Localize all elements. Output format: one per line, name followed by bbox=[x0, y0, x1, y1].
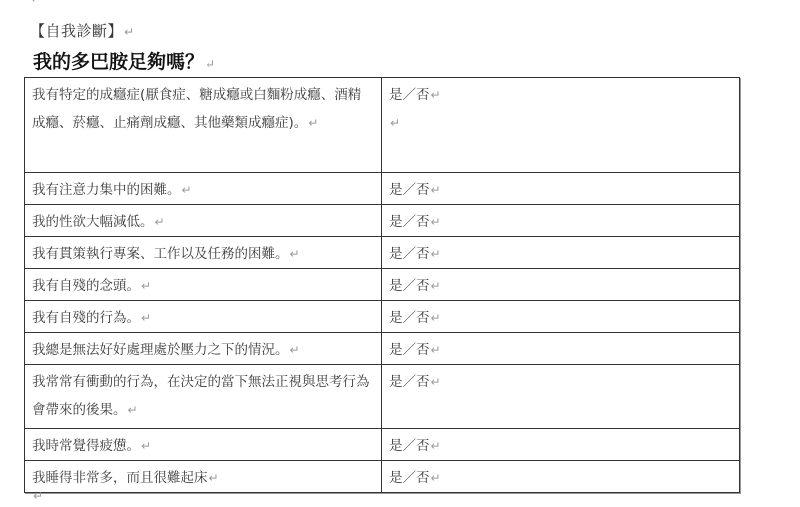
section-label: 【自我診斷】↵ bbox=[30, 20, 135, 41]
question-cell[interactable]: 我睡得非常多，而且很難起床↵ bbox=[25, 461, 382, 493]
title-text: 我的多巴胺足夠嗎？ bbox=[33, 51, 204, 73]
answer-text: 是／否 bbox=[389, 470, 430, 486]
paragraph-mark: ↵ bbox=[205, 57, 215, 71]
question-text: 我有注意力集中的困難。 bbox=[32, 182, 181, 198]
paragraph-mark: ↵ bbox=[290, 343, 300, 357]
answer-text: 是／否 bbox=[389, 310, 430, 326]
paragraph-mark: ↵ bbox=[431, 183, 441, 197]
question-text: 我有自殘的行為。 bbox=[32, 310, 140, 326]
section-label-text: 【自我診斷】 bbox=[30, 22, 123, 40]
table-row: 我有貫策執行專案、工作以及任務的困難。↵ 是／否↵ bbox=[25, 237, 740, 269]
paragraph-mark: ↵ bbox=[290, 247, 300, 261]
question-cell[interactable]: 我有特定的成癮症(厭食症、糖成癮或白麵粉成癮、酒精成癮、菸癮、止痛劑成癮、其他藥… bbox=[25, 78, 382, 173]
paragraph-mark: ↵ bbox=[209, 471, 219, 485]
paragraph-mark: ↵ bbox=[431, 471, 441, 485]
paragraph-mark: ↵ bbox=[431, 375, 441, 389]
answer-cell[interactable]: 是／否↵ bbox=[382, 365, 740, 429]
answer-cell[interactable]: 是／否↵ bbox=[382, 237, 740, 269]
paragraph-mark: ↵ bbox=[431, 247, 441, 261]
paragraph-mark: ↵ bbox=[431, 215, 441, 229]
paragraph-mark: ↵ bbox=[308, 116, 318, 130]
answer-text: 是／否 bbox=[389, 87, 430, 103]
self-check-table: 我有特定的成癮症(厭食症、糖成癮或白麵粉成癮、酒精成癮、菸癮、止痛劑成癮、其他藥… bbox=[24, 77, 740, 493]
answer-cell[interactable]: 是／否↵ bbox=[382, 173, 740, 205]
question-cell[interactable]: 我時常覺得疲憊。↵ bbox=[25, 429, 382, 461]
paragraph-mark: ↵ bbox=[431, 311, 441, 325]
question-cell[interactable]: 我總是無法好好處理處於壓力之下的情況。↵ bbox=[25, 333, 382, 365]
paragraph-mark: ↵ bbox=[431, 88, 441, 102]
question-text: 我有貫策執行專案、工作以及任務的困難。 bbox=[32, 246, 289, 262]
answer-cell[interactable]: 是／否↵↵ bbox=[382, 78, 740, 173]
paragraph-mark: ↵ bbox=[390, 116, 400, 130]
question-cell[interactable]: 我的性欲大幅減低。↵ bbox=[25, 205, 382, 237]
answer-cell[interactable]: 是／否↵ bbox=[382, 301, 740, 333]
question-cell[interactable]: 我有自殘的行為。↵ bbox=[25, 301, 382, 333]
question-text: 我常常有衝動的行為，在決定的當下無法正視與思考行為會帶來的後果。 bbox=[32, 374, 370, 418]
paragraph-mark: ↵ bbox=[141, 439, 151, 453]
paragraph-mark: ↵ bbox=[141, 279, 151, 293]
answer-cell[interactable]: 是／否↵ bbox=[382, 429, 740, 461]
table-row: 我總是無法好好處理處於壓力之下的情況。↵ 是／否↵ bbox=[25, 333, 740, 365]
answer-cell[interactable]: 是／否↵ bbox=[382, 461, 740, 493]
question-text: 我時常覺得疲憊。 bbox=[32, 438, 140, 454]
question-text: 我有自殘的念頭。 bbox=[32, 278, 140, 294]
question-cell[interactable]: 我常常有衝動的行為，在決定的當下無法正視與思考行為會帶來的後果。↵ bbox=[25, 365, 382, 429]
answer-text: 是／否 bbox=[389, 438, 430, 454]
paragraph-mark: ↵ bbox=[182, 183, 192, 197]
paragraph-mark: ↵ bbox=[431, 439, 441, 453]
answer-text: 是／否 bbox=[389, 214, 430, 230]
question-text: 我睡得非常多，而且很難起床 bbox=[32, 470, 208, 486]
paragraph-mark: ↵ bbox=[155, 215, 165, 229]
table-row: 我有自殘的念頭。↵ 是／否↵ bbox=[25, 269, 740, 301]
answer-text: 是／否 bbox=[389, 246, 430, 262]
paragraph-mark: ↵ bbox=[431, 279, 441, 293]
table-row: 我時常覺得疲憊。↵ 是／否↵ bbox=[25, 429, 740, 461]
answer-text: 是／否 bbox=[389, 182, 430, 198]
table-row: 我有自殘的行為。↵ 是／否↵ bbox=[25, 301, 740, 333]
table-row: 我有特定的成癮症(厭食症、糖成癮或白麵粉成癮、酒精成癮、菸癮、止痛劑成癮、其他藥… bbox=[25, 78, 740, 173]
answer-cell[interactable]: 是／否↵ bbox=[382, 205, 740, 237]
paragraph-mark: ↵ bbox=[124, 25, 135, 39]
paragraph-mark: ↵ bbox=[31, 0, 41, 6]
answer-text: 是／否 bbox=[389, 278, 430, 294]
answer-cell[interactable]: 是／否↵ bbox=[382, 269, 740, 301]
question-text: 我總是無法好好處理處於壓力之下的情況。 bbox=[32, 342, 289, 358]
page-title: 我的多巴胺足夠嗎？↵ bbox=[33, 47, 215, 74]
question-text: 我的性欲大幅減低。 bbox=[32, 214, 154, 230]
question-cell[interactable]: 我有自殘的念頭。↵ bbox=[25, 269, 382, 301]
question-cell[interactable]: 我有注意力集中的困難。↵ bbox=[25, 173, 382, 205]
answer-cell[interactable]: 是／否↵ bbox=[382, 333, 740, 365]
question-cell[interactable]: 我有貫策執行專案、工作以及任務的困難。↵ bbox=[25, 237, 382, 269]
paragraph-mark: ↵ bbox=[141, 311, 151, 325]
answer-text: 是／否 bbox=[389, 374, 430, 390]
table-row: 我睡得非常多，而且很難起床↵ 是／否↵ bbox=[25, 461, 740, 493]
table-row: 我的性欲大幅減低。↵ 是／否↵ bbox=[25, 205, 740, 237]
paragraph-mark: ↵ bbox=[128, 403, 138, 417]
answer-text: 是／否 bbox=[389, 342, 430, 358]
table-row: 我有注意力集中的困難。↵ 是／否↵ bbox=[25, 173, 740, 205]
paragraph-mark: ↵ bbox=[431, 343, 441, 357]
paragraph-mark: ↵ bbox=[33, 489, 43, 503]
table-row: 我常常有衝動的行為，在決定的當下無法正視與思考行為會帶來的後果。↵ 是／否↵ bbox=[25, 365, 740, 429]
